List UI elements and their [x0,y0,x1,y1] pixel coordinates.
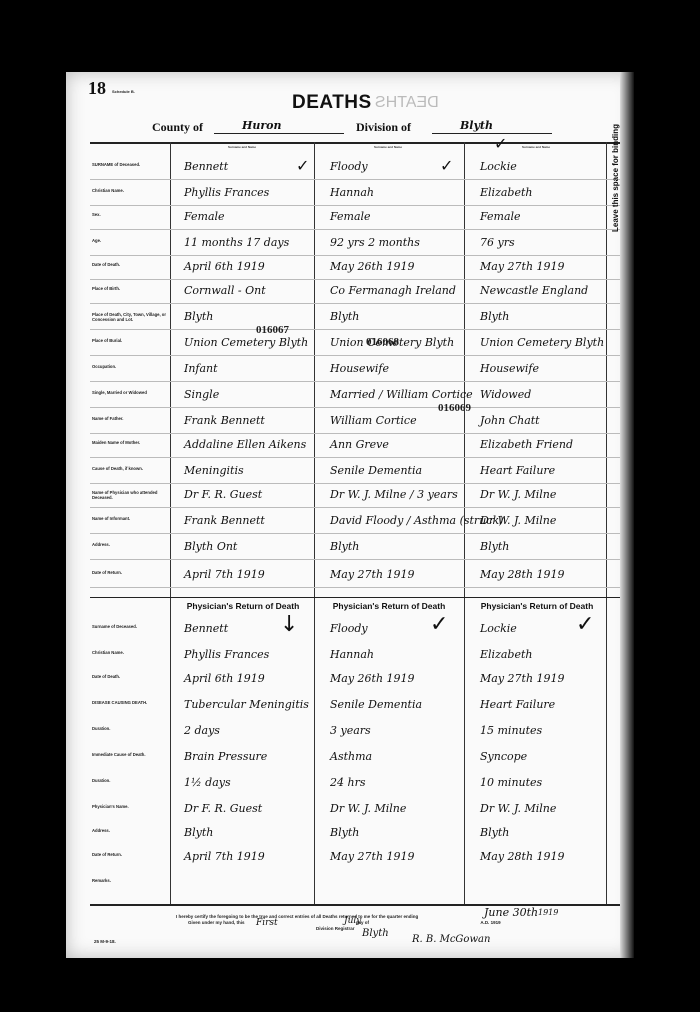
entry-cell: Dr W. J. Milne / 3 years [330,488,458,501]
entry-cell: 1½ days [184,776,231,789]
certification-place: Blyth [362,928,389,939]
entry-cell: May 27th 1919 [330,850,415,863]
table-row: Place of Death, City, Town, Village, or … [90,304,620,330]
entry-cell: Dr F. R. Guest [184,802,262,815]
table-row: Physician's Name.Dr F. R. GuestDr W. J. … [90,796,620,822]
entry-cell: May 26th 1919 [330,672,415,685]
entry-cell: Blyth [330,826,359,839]
row-label: Place of Death, City, Town, Village, or … [92,312,170,322]
row-label: Christian Name. [92,650,170,655]
table-row: SURNAME of Deceased.BennettFloodyLockie [90,154,620,180]
row-label: Duration. [92,778,170,783]
table-row: Sex.FemaleFemaleFemale [90,204,620,230]
entry-cell: Infant [184,362,218,375]
table-row: Name of Physician who attended Deceased.… [90,482,620,508]
table-row: Name of Father.Frank BennettWilliam Cort… [90,408,620,434]
section-rule [90,597,620,598]
certification-ad: A.D. 1919 [370,920,500,925]
table-row: Date of Return.April 7th 1919May 27th 19… [90,562,620,588]
entry-cell: April 6th 1919 [184,260,265,273]
entry-cell: Ann Greve [330,438,389,451]
check-mark-icon: ✓ [494,134,507,153]
row-label: Name of Informant. [92,516,170,521]
table-row: Duration.1½ days24 hrs10 minutes [90,770,620,796]
county-value: Huron [214,119,282,132]
row-label: Physician's Name. [92,804,170,809]
entry-cell: Hannah [330,186,374,199]
row-label: Surname of Deceased. [92,624,170,629]
death-register-page: 18 Schedule B. DEATHS DEATHS County of H… [66,72,634,958]
table-row: Date of Death.April 6th 1919May 26th 191… [90,666,620,692]
entry-cell: Female [480,210,521,223]
entry-cell: Tubercular Meningitis [184,698,309,711]
division-label: Division of [356,120,411,135]
row-label: SURNAME of Deceased. [92,162,170,167]
county-value-field: Huron [214,118,344,134]
row-label: Occupation. [92,364,170,369]
column-heading: Surname and Name [466,145,606,149]
registration-number-stamp: 016069 [438,402,471,414]
entry-cell: Senile Dementia [330,464,422,477]
entry-cell: Heart Failure [480,698,555,711]
entry-cell: Dr W. J. Milne [330,802,406,815]
entry-cell: Blyth [184,310,213,323]
entry-cell: May 27th 1919 [330,568,415,581]
entry-cell: Phyllis Frances [184,648,269,661]
schedule-sub: Schedule B. [112,89,135,94]
row-label: Christian Name. [92,188,170,193]
entry-cell: 76 yrs [480,236,515,249]
entry-cell: Bennett [184,160,228,173]
column-heading: Surname and Name [172,145,312,149]
row-label: Immediate Cause of Death. [92,752,170,757]
county-division-line: County of Huron Division of Blyth [152,120,552,136]
entry-cell: 92 yrs 2 months [330,236,420,249]
table-row: Cause of Death, if known.MeningitisSenil… [90,458,620,484]
division-value-field: Blyth [432,118,552,134]
table-row: Date of Return.April 7th 1919May 27th 19… [90,844,620,870]
entry-cell: Housewife [330,362,389,375]
entry-cell: John Chatt [480,414,540,427]
entry-cell: Blyth [184,826,213,839]
entry-cell: Lockie [480,160,517,173]
table-row: Occupation.InfantHousewifeHousewife [90,356,620,382]
entry-cell: William Cortice [330,414,417,427]
bottom-rule [90,904,620,906]
entry-cell: Cornwall - Ont [184,284,266,297]
entry-cell: May 28th 1919 [480,850,565,863]
entry-cell: Floody [330,622,368,635]
entry-cell: Blyth [330,540,359,553]
binding-edge [620,72,634,958]
entry-cell: 2 days [184,724,220,737]
entry-cell: Frank Bennett [184,414,265,427]
entry-cell: Heart Failure [480,464,555,477]
schedule-number: 18 [88,78,106,99]
quarter-end: June 30th [484,906,538,919]
division-value: Blyth [432,119,493,132]
binding-note: Leave this space for binding [611,124,620,232]
entry-cell: Brain Pressure [184,750,267,763]
entry-cell: Union Cemetery Blyth [184,336,308,349]
entry-cell: Dr W. J. Milne [480,514,556,527]
entry-cell: Senile Dementia [330,698,422,711]
entry-cell: April 6th 1919 [184,672,265,685]
entry-cell: Newcastle England [480,284,588,297]
entry-cell: May 27th 1919 [480,260,565,273]
entry-cell: 24 hrs [330,776,365,789]
entry-cell: Blyth Ont [184,540,237,553]
row-label: Sex. [92,212,170,217]
entry-cell: David Floody / Asthma (struck) [330,514,503,527]
entry-cell: Female [330,210,371,223]
entry-cell: Frank Bennett [184,514,265,527]
row-label: Date of Return. [92,852,170,857]
entry-cell: Lockie [480,622,517,635]
entry-cell: 10 minutes [480,776,542,789]
registrar-label: Division Registrar [176,926,501,932]
entry-cell: Dr W. J. Milne [480,488,556,501]
column-heading: Surname and Name [318,145,458,149]
table-row: Surname of Deceased.BennettFloodyLockie [90,616,620,642]
entry-cell: Dr W. J. Milne [480,802,556,815]
row-label: Address. [92,542,170,547]
entry-cell: April 7th 1919 [184,850,265,863]
row-label: DISEASE CAUSING DEATH. [92,700,170,705]
entry-cell: April 7th 1919 [184,568,265,581]
entry-cell: Married / William Cortice [330,388,473,401]
entry-cell: Elizabeth Friend [480,438,573,451]
row-label: Date of Death. [92,674,170,679]
table-row: DISEASE CAUSING DEATH.Tubercular Meningi… [90,692,620,718]
certification-month: July [344,916,361,926]
form-code: 25 M-9-18. [94,939,116,944]
physician-section-heading: Physician's Return of Death [314,601,464,611]
entry-cell: Blyth [480,826,509,839]
row-rule [90,587,620,588]
row-label: Date of Return. [92,570,170,575]
row-label: Remarks. [92,878,170,883]
physician-section-heading: Physician's Return of Death [168,601,318,611]
table-row: Address.Blyth OntBlythBlyth [90,534,620,560]
row-label: Place of Burial. [92,338,170,343]
entry-cell: Blyth [480,310,509,323]
entry-cell: Meningitis [184,464,244,477]
entry-cell: Bennett [184,622,228,635]
row-label: Duration. [92,726,170,731]
table-row: Immediate Cause of Death.Brain PressureA… [90,744,620,770]
table-row: Christian Name.Phyllis FrancesHannahEliz… [90,180,620,206]
certification-line2: Given under my hand, this [188,920,245,925]
entry-cell: May 26th 1919 [330,260,415,273]
entry-cell: Co Fermanagh Ireland [330,284,456,297]
row-label: Name of Father. [92,416,170,421]
entry-cell: Syncope [480,750,527,763]
entry-cell: Union Cemetery Blyth [480,336,604,349]
entry-cell: Housewife [480,362,539,375]
page-title: DEATHS [292,92,372,114]
entry-cell: 11 months 17 days [184,236,289,249]
county-label: County of [152,120,203,135]
entry-cell: 15 minutes [480,724,542,737]
table-row: Maiden Name of Mother.Addaline Ellen Aik… [90,432,620,458]
entry-cell: Female [184,210,225,223]
registrar-signature: R. B. McGowan [412,934,490,945]
certification-text: I hereby certify the foregoing to be the… [176,914,501,932]
entry-cell: Elizabeth [480,186,532,199]
registration-number-stamp: 016068 [366,336,399,348]
table-row: Remarks. [90,870,620,896]
row-label: Date of Death. [92,262,170,267]
row-label: Maiden Name of Mother. [92,440,170,445]
table-row: Address.BlythBlythBlyth [90,820,620,846]
row-label: Place of Birth. [92,286,170,291]
entry-cell: May 27th 1919 [480,672,565,685]
row-label: Cause of Death, if known. [92,466,170,471]
physician-section-heading: Physician's Return of Death [462,601,612,611]
table-row: Duration.2 days3 years15 minutes [90,718,620,744]
table-row: Name of Informant.Frank BennettDavid Flo… [90,508,620,534]
row-label: Address. [92,828,170,833]
entry-cell: Dr F. R. Guest [184,488,262,501]
entry-cell: May 28th 1919 [480,568,565,581]
entry-cell: 3 years [330,724,371,737]
entry-cell: Single [184,388,219,401]
row-rule [90,559,620,560]
table-row: Place of Birth.Cornwall - OntCo Fermanag… [90,278,620,304]
entry-cell: Asthma [330,750,372,763]
table-row: Date of Death.April 6th 1919May 26th 191… [90,254,620,280]
table-row: Christian Name.Phyllis FrancesHannahEliz… [90,642,620,668]
row-label: Single, Married or Widowed [92,390,170,395]
entry-cell: Addaline Ellen Aikens [184,438,306,451]
entry-cell: Floody [330,160,368,173]
table-row: Place of Burial.Union Cemetery BlythUnio… [90,330,620,356]
title-bleed-through: DEATHS [375,94,439,112]
registration-number-stamp: 016067 [256,324,289,336]
row-label: Age. [92,238,170,243]
entry-cell: Blyth [330,310,359,323]
entry-cell: Phyllis Frances [184,186,269,199]
entry-cell: Hannah [330,648,374,661]
entry-cell: Blyth [480,540,509,553]
table-row: Age.11 months 17 days92 yrs 2 months76 y… [90,230,620,256]
table-row: Single, Married or WidowedSingleMarried … [90,382,620,408]
quarter-year: 1919 [538,908,558,917]
entry-cell: Widowed [480,388,531,401]
row-label: Name of Physician who attended Deceased. [92,490,170,500]
entry-cell: Elizabeth [480,648,532,661]
certification-day: First [256,918,278,928]
